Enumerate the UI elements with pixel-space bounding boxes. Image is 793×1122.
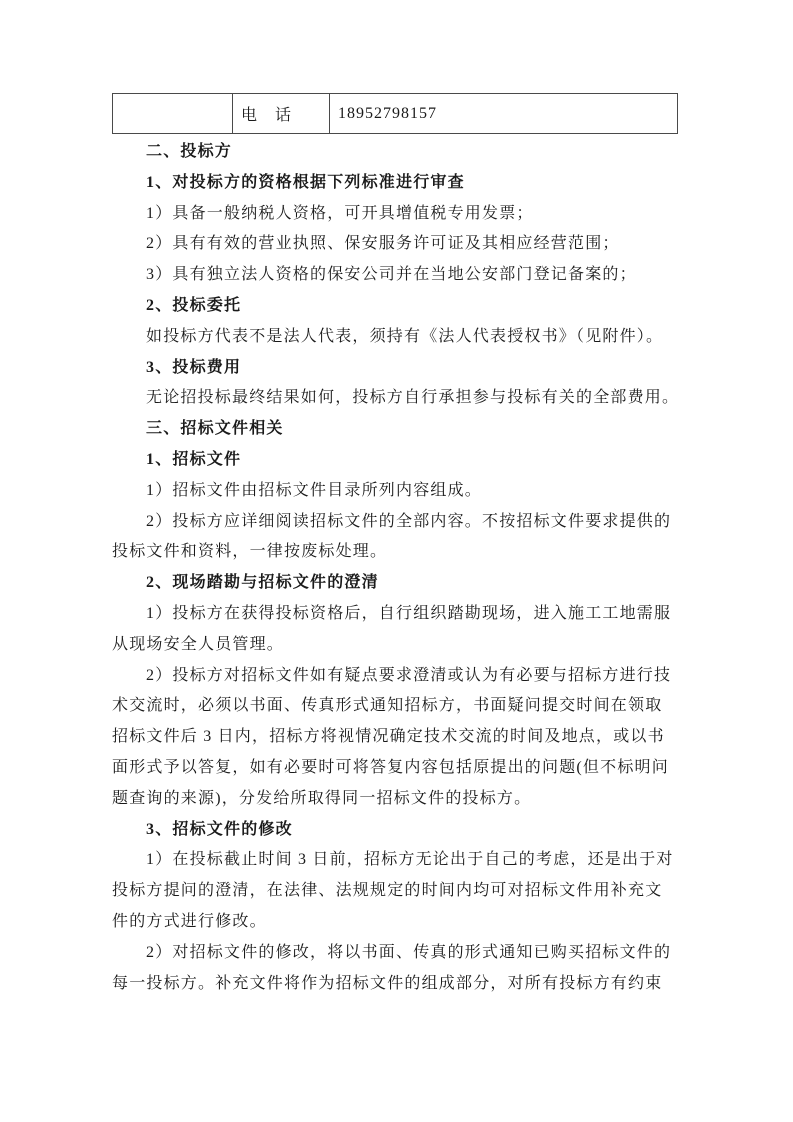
paragraph-line: 术交流时，必须以书面、传真形式通知招标方，书面疑问提交时间在领取 <box>112 691 678 722</box>
table-cell-empty <box>113 94 233 134</box>
heading-line: 2、现场踏勘与招标文件的澄清 <box>112 568 678 599</box>
paragraph-line: 投标方提问的澄清，在法律、法规规定的时间内均可对招标文件用补充文 <box>112 876 678 907</box>
paragraph-line: 2）投标方对招标文件如有疑点要求澄清或认为有必要与招标方进行技 <box>112 661 678 692</box>
contact-table: 电 话 18952798157 <box>112 93 678 134</box>
heading-line: 3、招标文件的修改 <box>112 815 678 846</box>
document-body: 二、投标方1、对投标方的资格根据下列标准进行审查1）具备一般纳税人资格，可开具增… <box>112 137 678 999</box>
table-row: 电 话 18952798157 <box>113 94 678 134</box>
heading-line: 3、投标费用 <box>112 353 678 384</box>
paragraph-line: 1）具备一般纳税人资格，可开具增值税专用发票； <box>112 199 678 230</box>
paragraph-line: 2）对招标文件的修改，将以书面、传真的形式通知已购买招标文件的 <box>112 938 678 969</box>
table-cell-phone-label: 电 话 <box>233 94 330 134</box>
paragraph-line: 1）招标文件由招标文件目录所列内容组成。 <box>112 476 678 507</box>
table-cell-phone-value: 18952798157 <box>330 94 678 134</box>
paragraph-line: 3）具有独立法人资格的保安公司并在当地公安部门登记备案的； <box>112 260 678 291</box>
paragraph-line: 2）投标方应详细阅读招标文件的全部内容。不按招标文件要求提供的 <box>112 507 678 538</box>
paragraph-line: 招标文件后 3 日内，招标方将视情况确定技术交流的时间及地点，或以书 <box>112 722 678 753</box>
paragraph-line: 无论招投标最终结果如何，投标方自行承担参与投标有关的全部费用。 <box>112 383 678 414</box>
paragraph-line: 如投标方代表不是法人代表，须持有《法人代表授权书》（见附件）。 <box>112 322 678 353</box>
paragraph-line: 题查询的来源)，分发给所取得同一招标文件的投标方。 <box>112 784 678 815</box>
paragraph-line: 2）具有有效的营业执照、保安服务许可证及其相应经营范围； <box>112 229 678 260</box>
heading-line: 二、投标方 <box>112 137 678 168</box>
heading-line: 1、对投标方的资格根据下列标准进行审查 <box>112 168 678 199</box>
paragraph-line: 从现场安全人员管理。 <box>112 630 678 661</box>
paragraph-line: 1）投标方在获得投标资格后，自行组织踏勘现场，进入施工工地需服 <box>112 599 678 630</box>
heading-line: 三、招标文件相关 <box>112 414 678 445</box>
paragraph-line: 1）在投标截止时间 3 日前，招标方无论出于自己的考虑，还是出于对 <box>112 845 678 876</box>
paragraph-line: 每一投标方。补充文件将作为招标文件的组成部分，对所有投标方有约束 <box>112 969 678 1000</box>
paragraph-line: 面形式予以答复，如有必要时可将答复内容包括原提出的问题(但不标明问 <box>112 753 678 784</box>
heading-line: 2、投标委托 <box>112 291 678 322</box>
paragraph-line: 件的方式进行修改。 <box>112 907 678 938</box>
heading-line: 1、招标文件 <box>112 445 678 476</box>
paragraph-line: 投标文件和资料，一律按废标处理。 <box>112 537 678 568</box>
document-page: 电 话 18952798157 二、投标方1、对投标方的资格根据下列标准进行审查… <box>0 0 793 1122</box>
